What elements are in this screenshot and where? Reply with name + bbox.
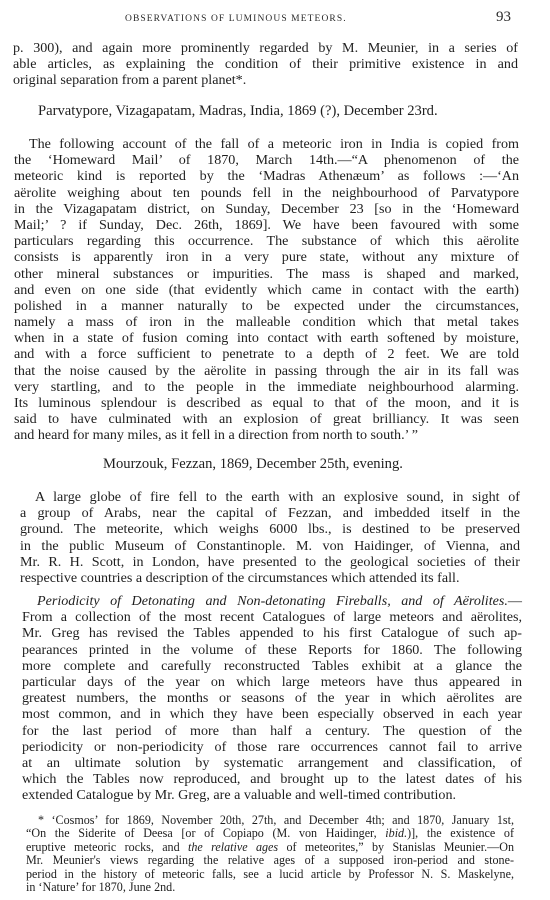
text-line: Mr. Greg has revised the Tables appended… bbox=[22, 625, 522, 641]
text-line: in the public Museum of Constantinople. … bbox=[20, 538, 520, 554]
footnote-italic: ibid. bbox=[385, 826, 407, 840]
footnote-text: of meteorites,” by Stanislas Meunier.—On bbox=[278, 840, 514, 854]
text-line: able articles, as explaining the conditi… bbox=[13, 56, 518, 72]
text-line: which the Tables now reproduced, and bro… bbox=[22, 771, 522, 787]
section-heading-parvatypore: Parvatypore, Vizagapatam, Madras, India,… bbox=[38, 103, 438, 120]
page-number: 93 bbox=[496, 9, 511, 26]
text-line: particular days of the year on which lar… bbox=[22, 674, 522, 690]
text-line: namely a mass of iron in the malleable c… bbox=[14, 314, 519, 330]
book-page: OBSERVATIONS OF LUMINOUS METEORS. 93 p. … bbox=[0, 0, 550, 900]
text-line: greatest numbers, the months or seasons … bbox=[22, 690, 522, 706]
section-heading-mourzouk: Mourzouk, Fezzan, 1869, December 25th, e… bbox=[103, 456, 403, 473]
periodicity-paragraph: Periodicity of Detonating and Non-detona… bbox=[22, 593, 522, 803]
footnote-text: eruptive meteoric rocks, and bbox=[26, 840, 188, 854]
footnote-text: )], the existence of bbox=[407, 826, 514, 840]
text-line: that the noise caused by the aërolite in… bbox=[14, 363, 519, 379]
footnote-line: “On the Siderite of Deesa [or of Copiapo… bbox=[26, 827, 514, 840]
text-line: aërolite weighing about ten pounds fell … bbox=[14, 185, 519, 201]
periodicity-heading: Periodicity of Detonating and Non-detona… bbox=[37, 593, 508, 609]
text-line: for the last period of more than half a … bbox=[22, 723, 522, 739]
text-line: other mineral substances or impurities. … bbox=[14, 266, 519, 282]
text-line: periodicity or non-periodicity of those … bbox=[22, 739, 522, 755]
footnote-line: eruptive meteoric rocks, and the relativ… bbox=[26, 841, 514, 854]
text-line: pearances printed in the volume of these… bbox=[22, 642, 522, 658]
footnote-line: period in the history of meteoric falls,… bbox=[26, 868, 514, 881]
mourzouk-paragraph: A large globe of fire fell to the earth … bbox=[20, 489, 520, 586]
text-line: From a collection of the most recent Cat… bbox=[22, 609, 522, 625]
text-line: a group of Arabs, near the capital of Fe… bbox=[20, 505, 520, 521]
text-line: and even on one side (that evidently whi… bbox=[14, 282, 519, 298]
heading-dash: — bbox=[508, 593, 522, 609]
text-line: The following account of the fall of a m… bbox=[14, 136, 519, 152]
text-line: when in a state of fusion coming into co… bbox=[14, 330, 519, 346]
periodicity-heading-line: Periodicity of Detonating and Non-detona… bbox=[22, 593, 522, 609]
running-head: OBSERVATIONS OF LUMINOUS METEORS. 93 bbox=[0, 8, 550, 28]
text-line: Mail;’ ? if Sunday, Dec. 26th, 1869]. We… bbox=[14, 217, 519, 233]
text-line: p. 300), and again more prominently rega… bbox=[13, 40, 518, 56]
text-line: A large globe of fire fell to the earth … bbox=[20, 489, 520, 505]
footnote-line: Mr. Meunier's views regarding the relati… bbox=[26, 854, 514, 867]
parvatypore-paragraph: The following account of the fall of a m… bbox=[14, 136, 519, 444]
text-line: said to have culminated with an explosio… bbox=[14, 411, 519, 427]
text-line: most common, and in which they have been… bbox=[22, 706, 522, 722]
footnote-italic: the relative ages bbox=[188, 840, 278, 854]
text-line: Mr. R. H. Scott, in London, have present… bbox=[20, 554, 520, 570]
text-line: meteoric kind is reported by the ‘Madras… bbox=[14, 168, 519, 184]
footnote-text: “On the Siderite of Deesa [or of Copiapo… bbox=[26, 826, 385, 840]
text-line: extended Catalogue by Mr. Greg, are a va… bbox=[22, 787, 522, 803]
footnote-line: in ‘Nature’ for 1870, June 2nd. bbox=[26, 881, 514, 894]
running-title: OBSERVATIONS OF LUMINOUS METEORS. bbox=[125, 14, 347, 24]
text-line: consists is apparently iron in a very pu… bbox=[14, 249, 519, 265]
text-line: the ‘Homeward Mail’ of 1870, March 14th.… bbox=[14, 152, 519, 168]
text-line: particulars regarding this occurrence. T… bbox=[14, 233, 519, 249]
text-line: at an ultimate solution by systematic ar… bbox=[22, 755, 522, 771]
footnote-line: * ‘Cosmos’ for 1869, November 20th, 27th… bbox=[26, 814, 514, 827]
text-line: and heard for many miles, as it fell in … bbox=[14, 427, 519, 443]
text-line: respective countries a description of th… bbox=[20, 570, 520, 586]
intro-paragraph: p. 300), and again more prominently rega… bbox=[13, 40, 518, 89]
text-line: Its luminous splendour is described as e… bbox=[14, 395, 519, 411]
text-line: original separation from a parent planet… bbox=[13, 72, 518, 88]
text-line: more complete and carefully reconstructe… bbox=[22, 658, 522, 674]
text-line: very startling, and to the people in the… bbox=[14, 379, 519, 395]
text-line: in the Vizagapatam district, on Sunday, … bbox=[14, 201, 519, 217]
text-line: and with a force sufficient to penetrate… bbox=[14, 346, 519, 362]
text-line: ground. The meteorite, which weighs 6000… bbox=[20, 521, 520, 537]
footnote: * ‘Cosmos’ for 1869, November 20th, 27th… bbox=[26, 814, 514, 894]
text-line: polished in a manner naturally to be exp… bbox=[14, 298, 519, 314]
